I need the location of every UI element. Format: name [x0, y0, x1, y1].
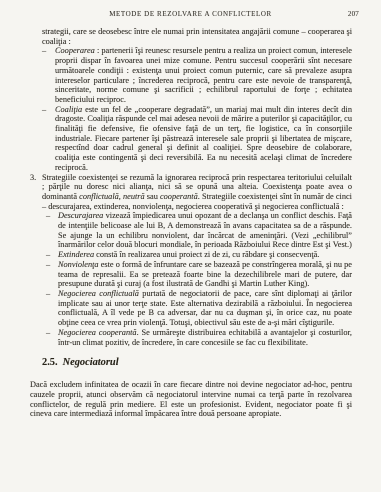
- section-heading: 2.5.Negociatorul: [42, 357, 352, 369]
- list-item-text: Cooperarea : partenerii îşi reunesc resu…: [55, 46, 352, 104]
- list-item-descurajarea: – Descurajarea vizează împiedicarea unui…: [30, 211, 352, 250]
- dash-marker: –: [46, 289, 50, 299]
- list-item-text: Nonviolenţa este o formă de înfruntare c…: [58, 260, 352, 288]
- list-item-negocierea-conflictuala: – Negocierea conflictuală purtată de neg…: [30, 289, 352, 328]
- dash-marker: –: [46, 211, 50, 221]
- dash-marker: –: [42, 46, 46, 56]
- dash-marker: –: [46, 328, 50, 338]
- numbered-item-3: 3. Strategiile coexistenţei se rezumă la…: [30, 173, 352, 212]
- list-item-negocierea-cooperanta: – Negocierea cooperantă. Se urmăreşte di…: [30, 328, 352, 347]
- list-item-text: Negocierea cooperantă. Se urmăreşte dist…: [58, 328, 352, 347]
- list-item-coalitia: – Coaliţia este un fel de „cooperare deg…: [30, 105, 352, 173]
- list-item-nonviolenta: – Nonviolenţa este o formă de înfruntare…: [30, 260, 352, 289]
- dash-marker: –: [42, 105, 46, 115]
- dash-marker: –: [46, 250, 50, 260]
- scanned-book-page: METODE DE REZOLVARE A CONFLICTELOR 207 s…: [0, 0, 381, 492]
- list-item-text: Extinderea constă în realizarea unui pro…: [58, 250, 319, 259]
- list-item-text: Negocierea conflictuală purtată de negoc…: [58, 289, 352, 327]
- list-item-text: Descurajarea vizează împiedicarea unui o…: [58, 211, 352, 249]
- list-item-cooperarea: – Cooperarea : partenerii îşi reunesc re…: [30, 46, 352, 104]
- continued-paragraph: strategii, care se deosebesc între ele n…: [42, 27, 352, 46]
- list-item-text: Coaliţia este un fel de „cooperare degra…: [55, 105, 352, 172]
- numbered-item-text: Strategiile coexistenţei se rezumă la ig…: [42, 173, 352, 211]
- page-body: strategii, care se deosebesc între ele n…: [30, 27, 352, 419]
- running-head-title: METODE DE REZOLVARE A CONFLICTELOR: [0, 10, 381, 18]
- list-item-extinderea: – Extinderea constă în realizarea unui p…: [30, 250, 352, 260]
- page-number: 207: [348, 10, 359, 18]
- running-head: METODE DE REZOLVARE A CONFLICTELOR 207: [0, 10, 381, 18]
- item-number: 3.: [30, 173, 36, 183]
- section-title: Negociatorul: [63, 357, 119, 368]
- closing-paragraph: Dacă excludem infinitatea de ocazii în c…: [30, 380, 352, 419]
- section-number: 2.5.: [42, 357, 58, 368]
- dash-marker: –: [46, 260, 50, 270]
